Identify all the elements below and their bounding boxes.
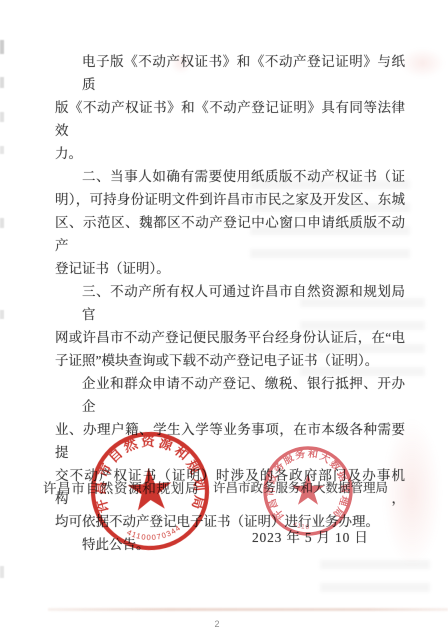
notice-line: 网或许昌市不动产登记便民服务平台经身份认证后，在“电 <box>55 326 405 349</box>
notice-line: 明），可持身份证明文件到许昌市市民之家及开发区、东城 <box>55 188 405 211</box>
notice-line: 版《不动产权证书》和《不动产登记证明》具有同等法律效 <box>55 96 405 142</box>
bleed-through-text <box>320 560 430 600</box>
scan-artifact <box>0 77 4 88</box>
page-number: 2 <box>205 619 229 629</box>
notice-line: 区、示范区、魏都区不动产登记中心窗口申请纸质版不动产 <box>55 211 405 257</box>
star-icon <box>127 467 174 512</box>
bleed-through-mark <box>400 48 445 78</box>
notice-line: 三、不动产所有权人可通过许昌市自然资源和规划局官 <box>55 280 405 326</box>
notice-line: 登记证书（证明）。 <box>55 257 405 280</box>
scanned-notice-page: 电子版《不动产权证书》和《不动产登记证明》与纸质 版《不动产权证书》和《不动产登… <box>0 0 448 641</box>
notice-line: 企业和群众申请不动产登记、缴税、银行抵押、开办企 <box>55 372 405 418</box>
star-icon <box>292 474 324 505</box>
scan-artifact <box>0 310 4 319</box>
seal-code: 4110 <box>292 521 310 531</box>
scan-artifact <box>0 40 4 54</box>
official-seal-natural-resources: 许昌市自然资源和规划局 4110007034437 <box>85 426 215 556</box>
notice-line: 力。 <box>55 142 405 165</box>
notice-line: 电子版《不动产权证书》和《不动产登记证明》与纸质 <box>55 50 405 96</box>
scan-artifact <box>0 566 4 578</box>
scan-artifact <box>0 218 4 228</box>
scanner-shadow-line <box>48 608 448 611</box>
notice-line: 二、当事人如确有需要使用纸质版不动产权证书（证 <box>55 165 405 188</box>
scan-artifact <box>0 146 4 154</box>
notice-line: 子证照”模块查询或下载不动产登记电子证书（证明）。 <box>55 349 405 372</box>
scan-artifact <box>0 112 4 122</box>
official-seal-big-data-bureau: 许昌市政务服务和大数据管理局 4110 <box>262 445 354 537</box>
